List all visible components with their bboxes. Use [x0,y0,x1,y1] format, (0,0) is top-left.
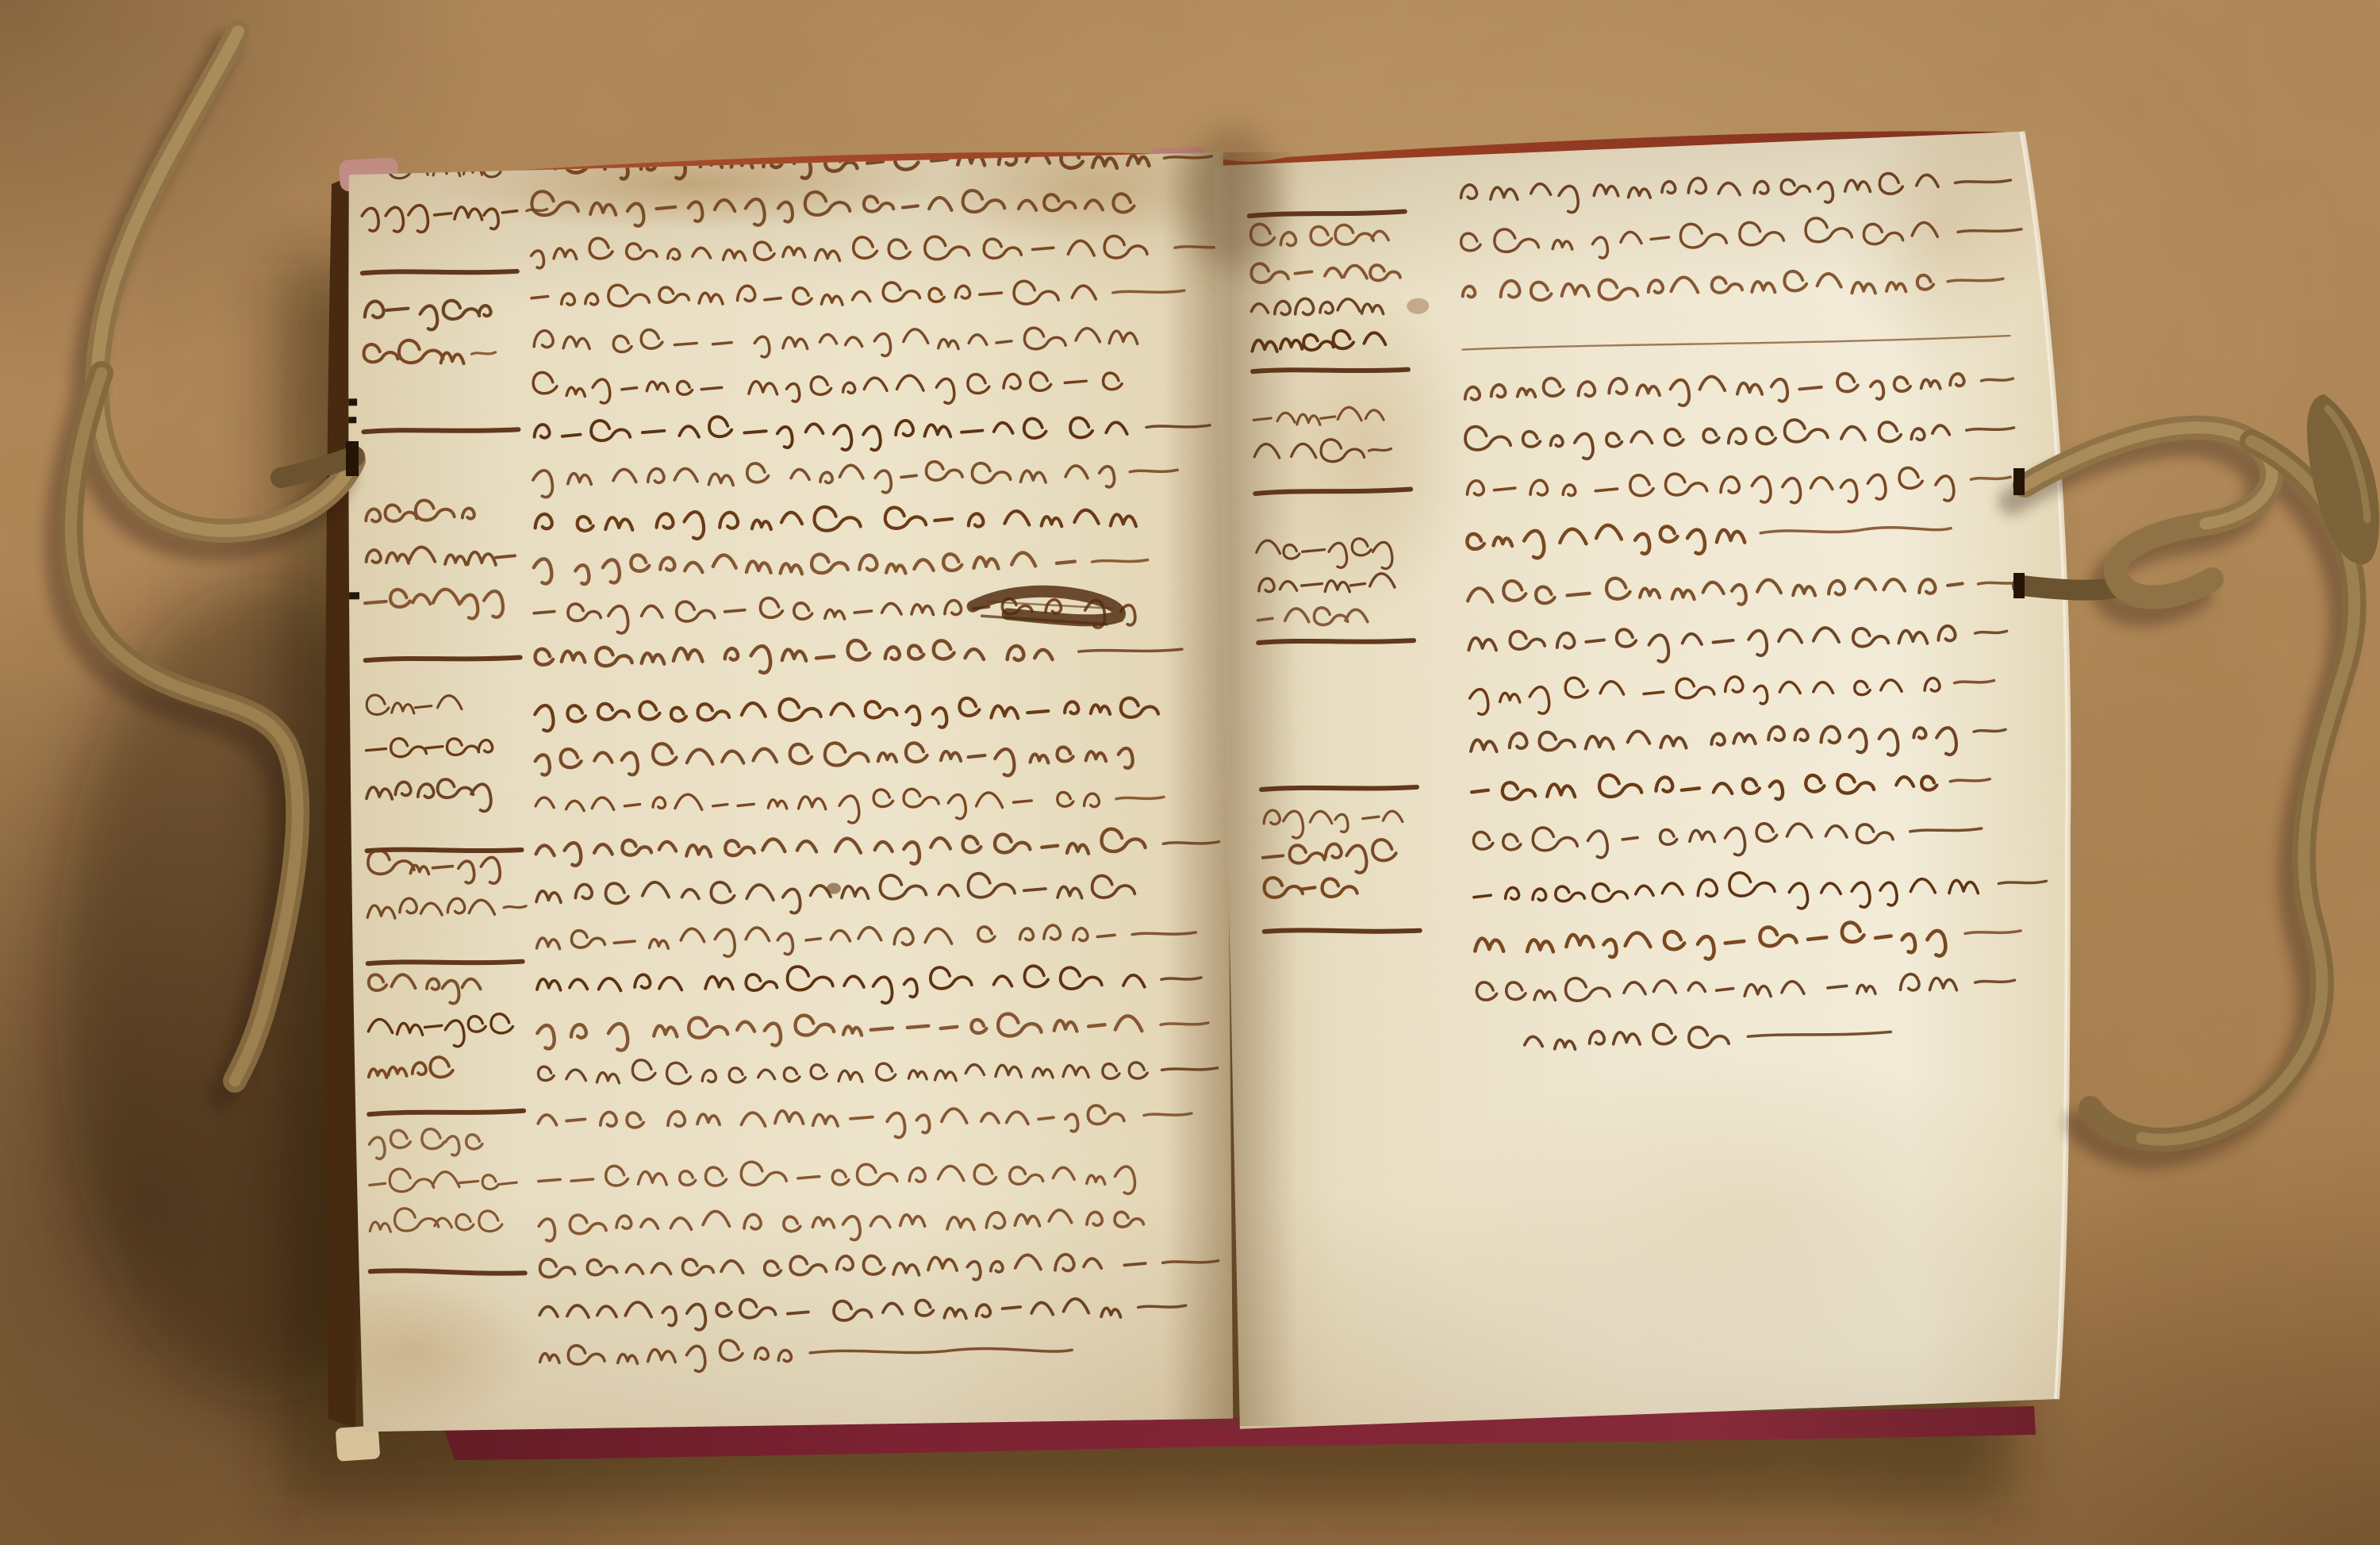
photograph-scene [0,0,2380,1545]
manuscript-photo [0,0,2380,1545]
paper-grain [325,127,2079,1468]
